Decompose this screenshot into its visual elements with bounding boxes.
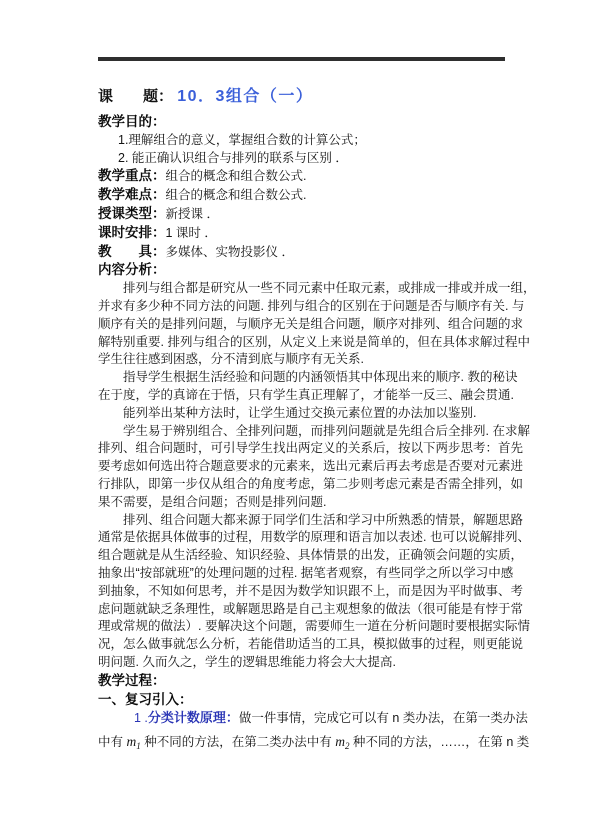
text-segment: 内容分析： (98, 262, 166, 277)
text-line: 课时安排：1 课时 ． (98, 224, 505, 243)
text-segment: 行排队，即第一步仅从组合的角度考虑，第二步则考虑元素是否需全排列，如 (98, 477, 523, 491)
text-segment: 2. 能正确认识组合与排列的联系与区别 ． (118, 151, 348, 165)
text-segment: 新授课 ． (166, 207, 219, 221)
text-segment: 指导学生根据生活经验和问题的内涵领悟其中体现出来的顺序. 教的秘诀 (123, 370, 517, 384)
text-segment: 排列与组合都是研究从一些不同元素中任取元素，或排成一排或并成一组， (123, 281, 536, 295)
title-label: 课 题： (98, 88, 173, 105)
text-segment: 教学目的： (98, 114, 166, 129)
text-line: 学生往往感到困惑，分不清到底与顺序有无关系. (98, 351, 505, 369)
text-line: 理或常规的做法）. 要解决这个问题，需要师生一道在分析问题时要根据实际情 (98, 618, 505, 636)
text-segment: 2 (345, 741, 350, 751)
text-line: 行排队，即第一步仅从组合的角度考虑，第二步则考虑元素是否需全排列，如 (98, 476, 505, 494)
document-body: 教学目的：1.理解组合的意义，掌握组合数的计算公式；2. 能正确认识组合与排列的… (98, 113, 505, 753)
text-segment: 理或常规的做法）. 要解决这个问题，需要师生一道在分析问题时要根据实际情 (98, 619, 530, 633)
text-segment: 能列举出某种方法时，让学生通过交换元素位置的办法加以鉴别. (123, 406, 476, 420)
text-segment: m (126, 734, 136, 749)
document-title: 课 题： 10．3组合（一） (98, 86, 505, 108)
text-segment: 明问题. 久而久之，学生的逻辑思维能力将会大大提高. (98, 655, 396, 669)
title-value: 10．3组合（一） (177, 88, 313, 105)
text-line: 顺序有关的是排列问题，与顺序无关是组合问题，顺序对排列、组合问题的求 (98, 316, 505, 334)
text-line: 虑问题就缺乏条理性，或解题思路是自己主观想象的做法（很可能是有悖于常 (98, 601, 505, 619)
text-segment: 要考虑如何选出符合题意要求的元素来，选出元素后再去考虑是否要对元素进 (98, 459, 523, 473)
text-line: 通常是依据具体做事的过程，用数学的原理和语言加以表述. 也可以说解排列、 (98, 529, 505, 547)
header-rule (98, 57, 505, 61)
text-line: 明问题. 久而久之，学生的逻辑思维能力将会大大提高. (98, 654, 505, 672)
text-line: 教学目的： (98, 113, 505, 132)
text-segment: 授课类型： (98, 206, 166, 221)
text-segment: 种不同的方法，……，在第 n 类 (349, 735, 529, 749)
text-line: 组合题就是从生活经验、知识经验、具体情景的出发，正确领会问题的实质， (98, 547, 505, 565)
text-line: 排列、组合问题时，可引导学生找出两定义的关系后，按以下两步思考：首先 (98, 440, 505, 458)
text-line: 能列举出某种方法时，让学生通过交换元素位置的办法加以鉴别. (98, 405, 505, 423)
text-segment: 一、复习引入： (98, 692, 193, 707)
text-line: 指导学生根据生活经验和问题的内涵领悟其中体现出来的顺序. 教的秘诀 (98, 369, 505, 387)
text-line: 授课类型：新授课 ． (98, 205, 505, 224)
text-line: 一、复习引入： (98, 691, 505, 710)
text-segment: 教 具： (98, 244, 166, 259)
text-segment: 1.理解组合的意义，掌握组合数的计算公式； (118, 133, 366, 147)
text-line: 教学过程： (98, 672, 505, 691)
text-line: 中有 m1 种不同的方法，在第二类办法中有 m2 种不同的方法，……，在第 n … (98, 733, 505, 753)
text-line: 解特别重要. 排列与组合的区别，从定义上来说是简单的，但在具体求解过程中 (98, 334, 505, 352)
text-line: 果不需要，是组合问题；否则是排列问题. (98, 494, 505, 512)
text-line: 教学难点：组合的概念和组合数公式. (98, 186, 505, 205)
text-line: 内容分析： (98, 261, 505, 280)
text-line: 并求有多少种不同方法的问题. 排列与组合的区别在于问题是否与顺序有关. 与 (98, 298, 505, 316)
text-line: 学生易于辨别组合、全排列问题，而排列问题就是先组合后全排列. 在求解 (98, 423, 505, 441)
text-segment: 顺序有关的是排列问题，与顺序无关是组合问题，顺序对排列、组合问题的求 (98, 317, 523, 331)
text-line: 教学重点：组合的概念和组合数公式. (98, 167, 505, 186)
text-segment: 做一件事情，完成它可以有 n 类办法，在第一类办法 (239, 711, 528, 725)
text-segment: 在于度，学的真谛在于悟，只有学生真正理解了，才能举一反三、融会贯通. (98, 388, 514, 402)
text-segment: 况，怎么做事就怎么分析，若能借助适当的工具，模拟做事的过程，则更能说 (98, 637, 523, 651)
text-segment: 1 . (134, 711, 148, 725)
text-segment: 组合题就是从生活经验、知识经验、具体情景的出发，正确领会问题的实质， (98, 548, 523, 562)
text-segment: 组合的概念和组合数公式. (166, 188, 307, 202)
text-segment: 到抽象，不知如何思考，并不是因为数学知识跟不上，而是因为平时做事、考 (98, 584, 523, 598)
text-line: 1 .分类计数原理：做一件事情，完成它可以有 n 类办法，在第一类办法 (98, 709, 505, 728)
text-segment: 组合的概念和组合数公式. (166, 169, 307, 183)
text-segment: 教学重点： (98, 168, 166, 183)
text-segment: 教学过程： (98, 673, 166, 688)
text-line: 在于度，学的真谛在于悟，只有学生真正理解了，才能举一反三、融会贯通. (98, 387, 505, 405)
text-line: 2. 能正确认识组合与排列的联系与区别 ． (98, 150, 505, 168)
text-segment: 分类计数原理： (148, 710, 239, 725)
text-line: 况，怎么做事就怎么分析，若能借助适当的工具，模拟做事的过程，则更能说 (98, 636, 505, 654)
text-segment: 并求有多少种不同方法的问题. 排列与组合的区别在于问题是否与顺序有关. 与 (98, 299, 524, 313)
text-segment: 学生易于辨别组合、全排列问题，而排列问题就是先组合后全排列. 在求解 (123, 424, 530, 438)
text-segment: 果不需要，是组合问题；否则是排列问题. (98, 495, 326, 509)
text-segment: 学生往往感到困惑，分不清到底与顺序有无关系. (98, 352, 364, 366)
text-segment: m (335, 734, 345, 749)
text-segment: 抽象出“按部就班”的处理问题的过程. 据笔者观察，有些同学之所以学习中感 (98, 566, 513, 580)
text-segment: 多媒体、实物投影仪 ． (166, 245, 294, 259)
text-line: 1.理解组合的意义，掌握组合数的计算公式； (98, 132, 505, 150)
text-line: 要考虑如何选出符合题意要求的元素来，选出元素后再去考虑是否要对元素进 (98, 458, 505, 476)
text-segment: 种不同的方法，在第二类办法中有 (141, 735, 335, 749)
text-segment: 中有 (98, 735, 126, 749)
text-segment: 排列、组合问题大都来源于同学们生活和学习中所熟悉的情景，解题思路 (123, 513, 523, 527)
text-segment: 教学难点： (98, 187, 166, 202)
text-segment: 解特别重要. 排列与组合的区别，从定义上来说是简单的，但在具体求解过程中 (98, 335, 530, 349)
lesson-plan-document: 课 题： 10．3组合（一） 教学目的：1.理解组合的意义，掌握组合数的计算公式… (0, 0, 600, 833)
text-segment: 虑问题就缺乏条理性，或解题思路是自己主观想象的做法（很可能是有悖于常 (98, 602, 523, 616)
text-line: 排列与组合都是研究从一些不同元素中任取元素，或排成一排或并成一组， (98, 280, 505, 298)
text-segment: 课时安排： (98, 225, 166, 240)
text-line: 排列、组合问题大都来源于同学们生活和学习中所熟悉的情景，解题思路 (98, 512, 505, 530)
text-segment: 排列、组合问题时，可引导学生找出两定义的关系后，按以下两步思考：首先 (98, 441, 523, 455)
text-segment: 通常是依据具体做事的过程，用数学的原理和语言加以表述. 也可以说解排列、 (98, 530, 530, 544)
text-line: 到抽象，不知如何思考，并不是因为数学知识跟不上，而是因为平时做事、考 (98, 583, 505, 601)
text-segment: 1 (136, 741, 141, 751)
text-line: 抽象出“按部就班”的处理问题的过程. 据笔者观察，有些同学之所以学习中感 (98, 565, 505, 583)
text-line: 教 具：多媒体、实物投影仪 ． (98, 243, 505, 262)
document-content: 课 题： 10．3组合（一） 教学目的：1.理解组合的意义，掌握组合数的计算公式… (98, 57, 505, 753)
text-segment: 1 课时 ． (166, 226, 217, 240)
